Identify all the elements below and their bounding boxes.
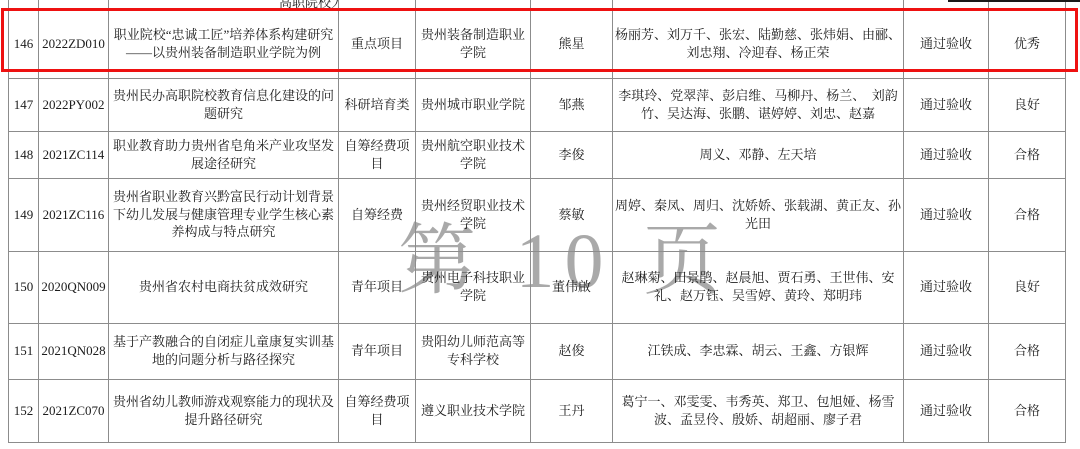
title-cell: 贵州省农村电商扶贫成效研究 [109,251,339,323]
code-cell: 2021ZC116 [39,178,109,251]
seq-cell [9,0,39,10]
members-cell: 江铁成、李忠霖、胡云、王鑫、方银辉 [613,323,904,379]
members-cell: 杨丽芳、刘万千、张宏、陆勤慈、张炜娟、由郦、刘忠翔、冷迎春、杨正荣 [613,10,904,78]
table-row: 147 2022PY002 贵州民办高职院校教育信息化建设的问题研究 科研培育类… [9,78,1066,131]
code-cell: 2021ZC114 [39,131,109,178]
members-cell: 葛宁一、邓雯雯、韦秀英、郑卫、包旭娅、杨雪波、孟昱伶、殷娇、胡超丽、廖子君 [613,379,904,442]
code-cell: 2021ZC070 [39,379,109,442]
members-cell: 赵琳菊、田景鹃、赵晨旭、贾石勇、王世伟、安礼、赵万钰、吴雪婷、黄玲、郑明玮 [613,251,904,323]
table-row: 148 2021ZC114 职业教育助力贵州省皂角米产业攻坚发展途径研究 自筹经… [9,131,1066,178]
institution-cell: 贵阳幼儿师范高等专科学校 [416,323,531,379]
seq-cell: 147 [9,78,39,131]
title-cell: 贵州省职业教育兴黔富民行动计划背景下幼儿发展与健康管理专业学生核心素养构成与特点… [109,178,339,251]
document-page: 第 10 页 高职院校为例 [0,0,1080,449]
code-cell: 2022ZD010 [39,10,109,78]
grade-cell: 合格 [989,323,1066,379]
leader-cell: 赵俊 [531,323,613,379]
type-cell: 自筹经费项目 [339,131,416,178]
title-cell: 职业院校“忠诚工匠”培养体系构建研究——以贵州装备制造职业学院为例 [109,10,339,78]
seq-cell: 150 [9,251,39,323]
institution-cell: 遵义职业技术学院 [416,379,531,442]
status-cell: 通过验收 [904,78,989,131]
status-cell [904,0,989,10]
institution-cell: 贵州电子科技职业学院 [416,251,531,323]
members-cell [613,0,904,10]
title-cell: 职业教育助力贵州省皂角米产业攻坚发展途径研究 [109,131,339,178]
seq-cell: 149 [9,178,39,251]
title-cell: 高职院校为例 [109,0,339,10]
code-cell: 2021QN028 [39,323,109,379]
title-cell: 贵州省幼儿教师游戏观察能力的现状及提升路径研究 [109,379,339,442]
type-cell: 青年项目 [339,251,416,323]
leader-cell [531,0,613,10]
grade-cell: 合格 [989,379,1066,442]
partial-row: 高职院校为例 [9,0,1066,10]
institution-cell: 贵州经贸职业技术学院 [416,178,531,251]
status-cell: 通过验收 [904,10,989,78]
members-cell: 李琪玲、党翠萍、彭启维、马柳丹、杨兰、 刘韵竹、吴达海、张鹏、谌婷婷、刘忠、赵嘉 [613,78,904,131]
table-row: 150 2020QN009 贵州省农村电商扶贫成效研究 青年项目 贵州电子科技职… [9,251,1066,323]
institution-cell: 贵州装备制造职业学院 [416,10,531,78]
type-cell: 自筹经费项目 [339,379,416,442]
partial-title-text: 高职院校为例 [109,0,338,10]
table-row: 152 2021ZC070 贵州省幼儿教师游戏观察能力的现状及提升路径研究 自筹… [9,379,1066,442]
table-row: 149 2021ZC116 贵州省职业教育兴黔富民行动计划背景下幼儿发展与健康管… [9,178,1066,251]
table-row: 146 2022ZD010 职业院校“忠诚工匠”培养体系构建研究——以贵州装备制… [9,10,1066,78]
type-cell: 青年项目 [339,323,416,379]
project-results-table: 高职院校为例 146 2022ZD010 职业院校“忠诚工匠”培养体系构建研究—… [8,0,1066,443]
institution-cell: 贵州航空职业技术学院 [416,131,531,178]
status-cell: 通过验收 [904,178,989,251]
code-cell: 2020QN009 [39,251,109,323]
status-cell: 通过验收 [904,379,989,442]
status-cell: 通过验收 [904,251,989,323]
institution-cell: 贵州城市职业学院 [416,78,531,131]
status-cell: 通过验收 [904,131,989,178]
status-cell: 通过验收 [904,323,989,379]
seq-cell: 152 [9,379,39,442]
type-cell: 科研培育类 [339,78,416,131]
members-cell: 周婷、秦凤、周归、沈娇娇、张载湖、黄正友、孙光田 [613,178,904,251]
type-cell: 重点项目 [339,10,416,78]
grade-cell: 优秀 [989,10,1066,78]
title-cell: 基于产教融合的自闭症儿童康复实训基地的问题分析与路径探究 [109,323,339,379]
seq-cell: 146 [9,10,39,78]
grade-cell: 合格 [989,178,1066,251]
institution-cell [416,0,531,10]
grade-cell: 良好 [989,78,1066,131]
leader-cell: 邹燕 [531,78,613,131]
leader-cell: 李俊 [531,131,613,178]
type-cell [339,0,416,10]
leader-cell: 王丹 [531,379,613,442]
seq-cell: 148 [9,131,39,178]
leader-cell: 董伟啟 [531,251,613,323]
seq-cell: 151 [9,323,39,379]
grade-cell [989,0,1066,10]
table-row: 151 2021QN028 基于产教融合的自闭症儿童康复实训基地的问题分析与路径… [9,323,1066,379]
code-cell: 2022PY002 [39,78,109,131]
type-cell: 自筹经费 [339,178,416,251]
code-cell [39,0,109,10]
leader-cell: 熊星 [531,10,613,78]
grade-cell: 良好 [989,251,1066,323]
grade-cell: 合格 [989,131,1066,178]
members-cell: 周义、邓静、左天培 [613,131,904,178]
title-cell: 贵州民办高职院校教育信息化建设的问题研究 [109,78,339,131]
leader-cell: 蔡敏 [531,178,613,251]
